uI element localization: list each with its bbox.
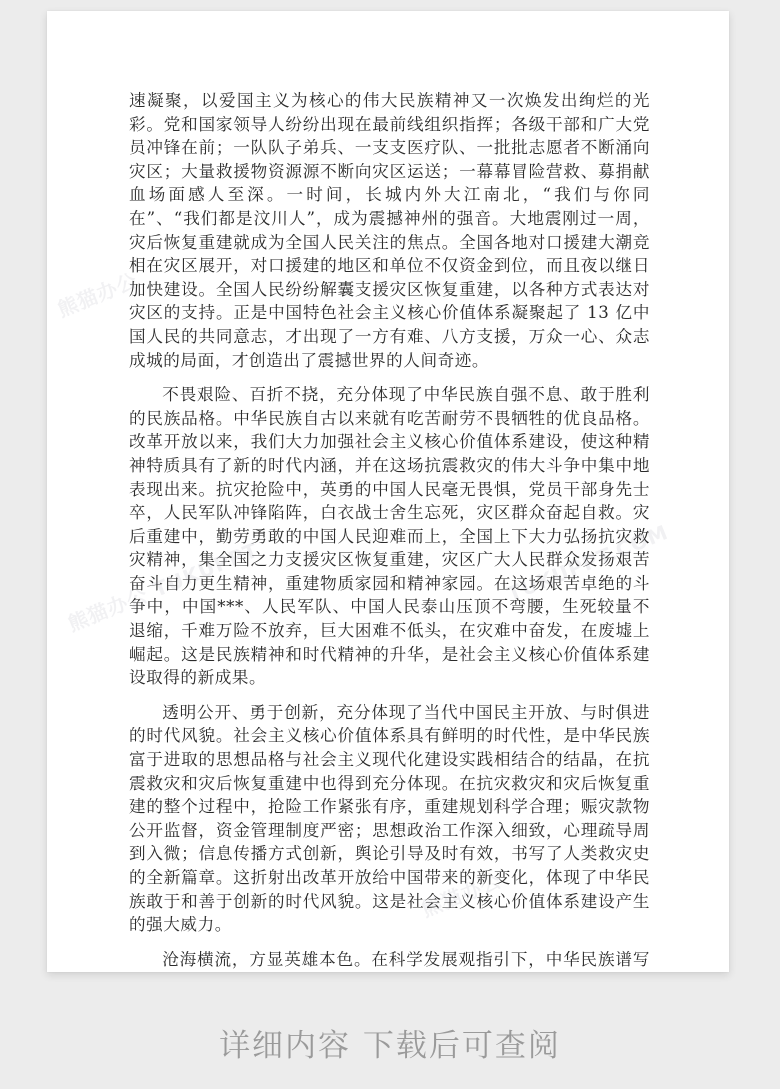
paragraph-4: 沧海横流，方显英雄本色。在科学发展观指引下，中华民族谱写了抗震救灾斗争和灾后恢复… — [129, 948, 650, 972]
document-body: 速凝聚，以爱国主义为核心的伟大民族精神又一次焕发出绚烂的光彩。党和国家领导人纷纷… — [129, 89, 650, 972]
paragraph-1: 速凝聚，以爱国主义为核心的伟大民族精神又一次焕发出绚烂的光彩。党和国家领导人纷纷… — [129, 89, 650, 372]
paragraph-3: 透明公开、勇于创新，充分体现了当代中国民主开放、与时俱进的时代风貌。社会主义核心… — [129, 701, 650, 937]
document-page: 速凝聚，以爱国主义为核心的伟大民族精神又一次焕发出绚烂的光彩。党和国家领导人纷纷… — [47, 11, 729, 972]
paragraph-2: 不畏艰险、百折不挠，充分体现了中华民族自强不息、敢于胜利的民族品格。中华民族自古… — [129, 383, 650, 690]
download-prompt: 详细内容 下载后可查阅 — [0, 1020, 780, 1065]
